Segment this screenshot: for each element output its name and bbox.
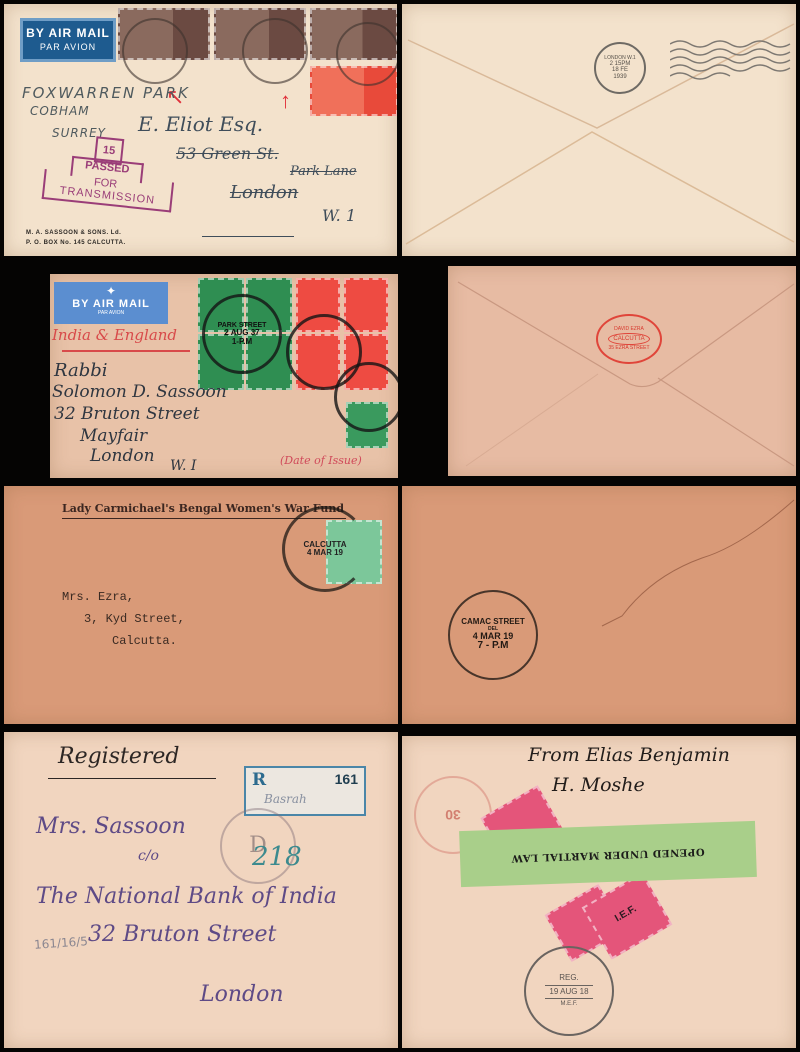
address-line4: 32 Bruton Street bbox=[88, 922, 276, 947]
address-city: London bbox=[230, 182, 298, 203]
seal-david-ezra: DAVID EZRA CALCUTTA 35 EZRA STREET bbox=[596, 314, 662, 364]
address-line3: 32 Bruton Street bbox=[54, 404, 200, 424]
machine-cancel-wavy-lines bbox=[670, 34, 792, 84]
postmark-baghdad-date: 19 AUG 18 bbox=[545, 985, 592, 999]
address-line5: London bbox=[200, 982, 284, 1007]
registered-underline bbox=[48, 778, 216, 779]
company-imprint-line2: P. O. BOX No. 145 CALCUTTA. bbox=[26, 240, 126, 246]
postmark-park-street bbox=[334, 362, 398, 432]
address-line3: Calcutta. bbox=[112, 634, 177, 648]
postmark-calcutta-date: 4 MAR 19 bbox=[307, 549, 343, 557]
registration-number: 161 bbox=[335, 771, 358, 787]
address-postcode: W. 1 bbox=[322, 206, 356, 225]
registration-office: Basrah bbox=[264, 792, 307, 806]
postmark-park-street: PARK STREET 2 AUG 37 1-P.M bbox=[202, 294, 282, 374]
envelope-back-baghdad: From Elias Benjamin H. Moshe 30 I.E.F. R… bbox=[402, 736, 796, 1048]
envelope-back-london-1939: LONDON W.1 2 15PM 18 FE 1939 bbox=[402, 4, 796, 256]
address-line4: Mayfair bbox=[80, 426, 147, 446]
pencil-note: 161/16/5 bbox=[34, 934, 89, 952]
address-line1: Rabbi bbox=[54, 360, 108, 381]
address-line1: Mrs. Sassoon bbox=[36, 814, 186, 839]
postmark-baghdad: REG. 19 AUG 18 M.E.F. bbox=[524, 946, 614, 1036]
seal-top: DAVID EZRA bbox=[614, 327, 644, 332]
postmark-park-street-time: 1-P.M bbox=[232, 338, 252, 346]
airmail-label-line2: PAR AVION bbox=[54, 310, 168, 316]
postmark-camac-time: 7 - P.M bbox=[478, 641, 509, 652]
envelope-flap-lines bbox=[448, 266, 796, 476]
postmark-baghdad-sub: REG. bbox=[559, 974, 579, 982]
stamp-overprint: I.E.F. bbox=[594, 893, 657, 936]
route-note: India & England bbox=[52, 326, 177, 344]
postmark-camac-street: CAMAC STREET DEL 4 MAR 19 7 - P.M bbox=[448, 590, 538, 680]
martial-law-label: OPENED UNDER MARTIAL LAW bbox=[459, 821, 757, 887]
sender-line1: From Elias Benjamin bbox=[528, 744, 730, 766]
address-line6: W. I bbox=[170, 458, 196, 474]
airmail-label-line1: BY AIR MAIL bbox=[23, 26, 113, 40]
blue-number: 218 bbox=[252, 842, 302, 872]
envelope-front-airmail-1939: BY AIR MAIL PAR AVION ↖ ↑ FOXWARREN PARK… bbox=[4, 4, 397, 256]
date-of-issue-note: (Date of Issue) bbox=[280, 454, 362, 467]
postmark-calcutta-1 bbox=[122, 18, 188, 84]
address-line5: London bbox=[90, 446, 155, 466]
postmark-london: LONDON W.1 2 15PM 18 FE 1939 bbox=[594, 42, 646, 94]
registration-letter: R bbox=[252, 770, 266, 790]
address-street2: Park Lane bbox=[290, 164, 357, 179]
envelope-front-registered: Registered R 161 Basrah D 218 Mrs. Sasso… bbox=[4, 732, 398, 1048]
airmail-wings-icon: ✦ bbox=[54, 284, 168, 298]
seal-bottom: 35 EZRA STREET bbox=[608, 346, 649, 351]
postmark-baghdad-bottom: M.E.F. bbox=[560, 1001, 577, 1007]
airmail-label: ✦ BY AIR MAIL PAR AVION bbox=[54, 282, 168, 324]
address-underline bbox=[202, 236, 294, 237]
return-address-line2: COBHAM bbox=[30, 104, 90, 118]
postmark-calcutta: CALCUTTA 4 MAR 19 bbox=[282, 506, 368, 592]
sender-line2: H. Moshe bbox=[552, 774, 645, 796]
envelope-back-camac-street: CAMAC STREET DEL 4 MAR 19 7 - P.M bbox=[402, 486, 796, 724]
envelope-back-david-ezra: DAVID EZRA CALCUTTA 35 EZRA STREET bbox=[448, 266, 796, 476]
airmail-label: BY AIR MAIL PAR AVION bbox=[20, 18, 116, 62]
addressee-name: E. Eliot Esq. bbox=[138, 112, 263, 136]
airmail-label-line2: PAR AVION bbox=[23, 42, 113, 52]
address-street: 53 Green St. bbox=[176, 144, 279, 163]
postmark-calcutta-3 bbox=[336, 22, 397, 86]
red-postmark-number: 30 bbox=[445, 808, 461, 823]
address-line3: The National Bank of India bbox=[36, 884, 337, 909]
return-address-line1: FOXWARREN PARK bbox=[22, 84, 190, 102]
envelope-front-airmail-1937: ✦ BY AIR MAIL PAR AVION India & England … bbox=[50, 274, 398, 478]
registered-note: Registered bbox=[58, 744, 179, 769]
address-line1: Mrs. Ezra, bbox=[62, 590, 134, 604]
airmail-label-line1: BY AIR MAIL bbox=[54, 298, 168, 310]
red-arrow-icon: ↑ bbox=[280, 88, 291, 114]
censor-transmission: TRANSMISSION bbox=[42, 169, 174, 212]
postmark-calcutta-2 bbox=[242, 18, 308, 84]
martial-law-text: OPENED UNDER MARTIAL LAW bbox=[511, 845, 705, 863]
address-line2: Solomon D. Sassoon bbox=[52, 382, 227, 402]
address-line2: 3, Kyd Street, bbox=[84, 612, 185, 626]
seal-middle: CALCUTTA bbox=[608, 333, 649, 345]
company-imprint-line1: M. A. SASSOON & SONS. Ld. bbox=[26, 230, 121, 236]
address-line2: c/o bbox=[138, 848, 159, 864]
postmark-london-year: 1939 bbox=[613, 74, 626, 80]
envelope-front-war-fund: Lady Carmichael's Bengal Women's War Fun… bbox=[4, 486, 398, 724]
censor-stamp: 15 PASSED FOR TRANSMISSION bbox=[40, 131, 182, 229]
route-underline bbox=[62, 350, 190, 352]
